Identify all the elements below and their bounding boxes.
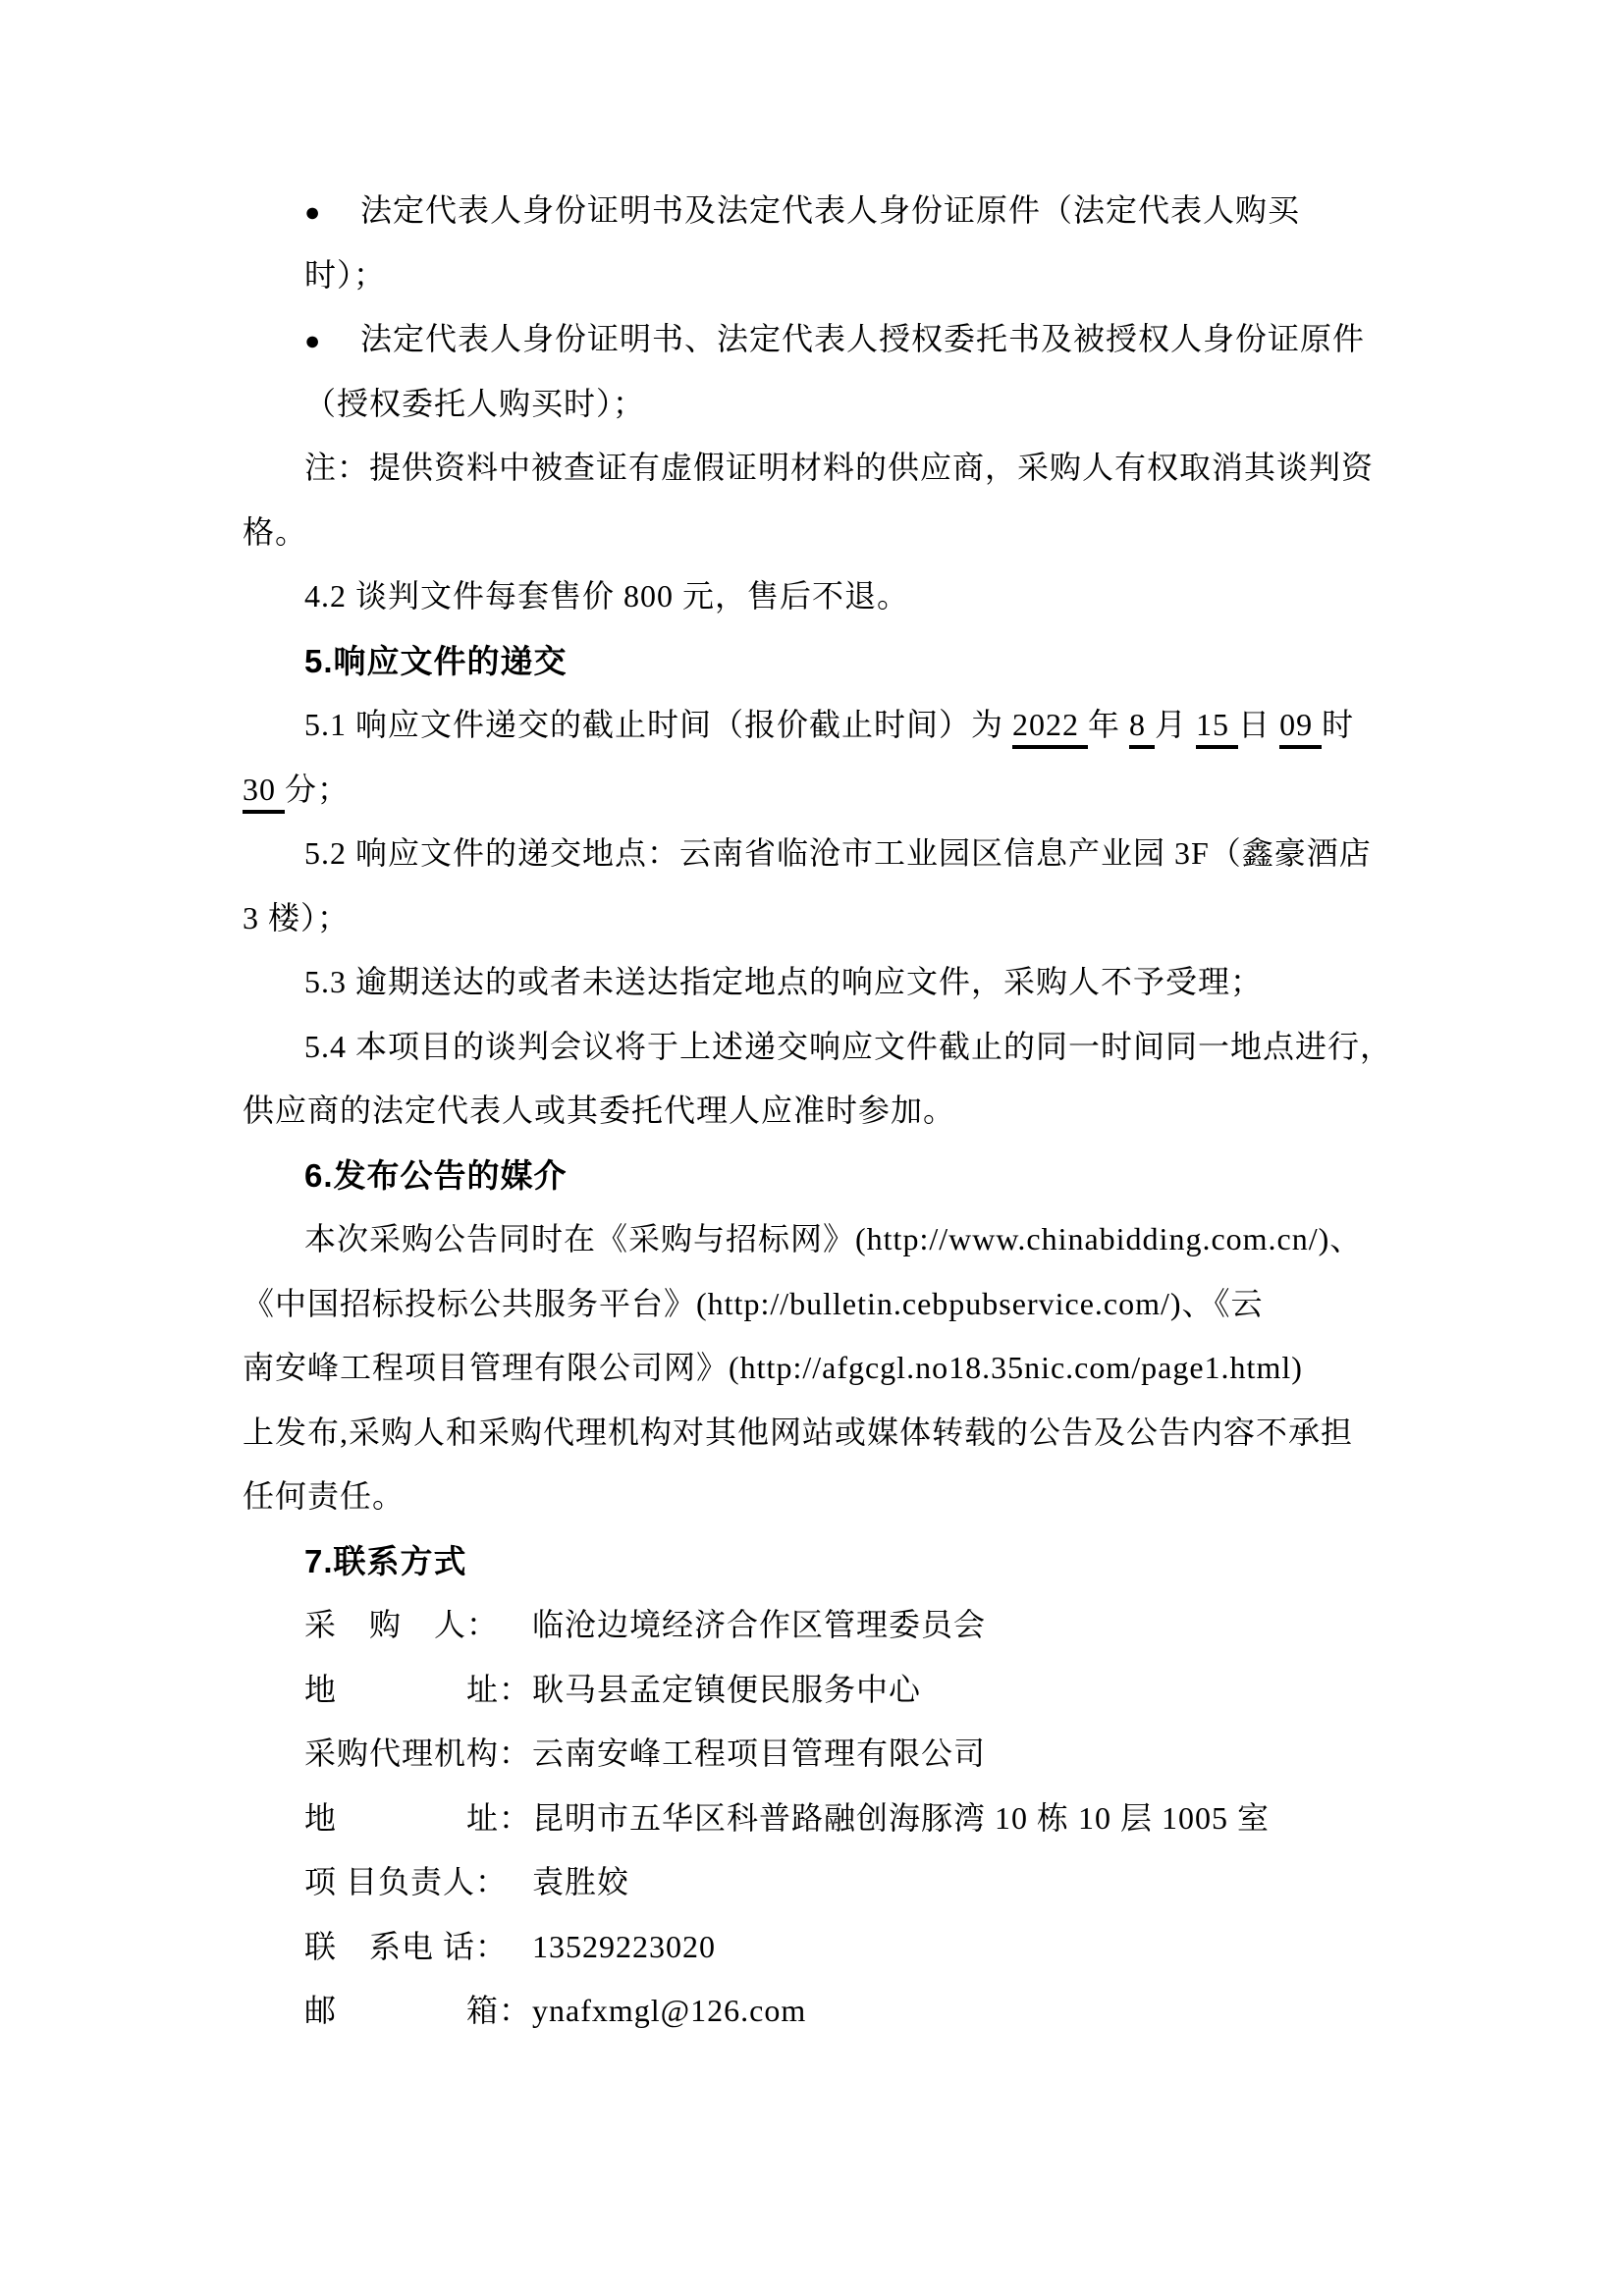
text-segment: 任何责任。 <box>243 1478 405 1514</box>
contact-label: 项 目负责人： <box>304 1850 532 1915</box>
contact-value: 袁胜姣 <box>532 1864 629 1899</box>
contact-line: 联 系电 话：13529223020 <box>0 1915 1624 1980</box>
underlined-value: 30 <box>243 772 285 814</box>
text-line: 5.2 响应文件的递交地点：云南省临沧市工业园区信息产业园 3F（鑫豪酒店 <box>0 822 1624 886</box>
text-segment: 6.发布公告的媒介 <box>304 1157 568 1194</box>
text-segment: （授权委托人购买时）； <box>304 386 645 421</box>
text-line: 上发布,采购人和采购代理机构对其他网站或媒体转载的公告及公告内容不承担 <box>0 1401 1624 1466</box>
text-segment: 月 <box>1155 707 1196 742</box>
text-line: 注：提供资料中被查证有虚假证明材料的供应商，采购人有权取消其谈判资 <box>0 436 1624 501</box>
text-segment: 格。 <box>243 514 307 550</box>
text-segment: 分； <box>285 772 350 807</box>
contact-label: 采购代理机构： <box>304 1722 532 1787</box>
contact-label: 联 系电 话： <box>304 1915 532 1980</box>
document-page: ●法定代表人身份证明书及法定代表人身份证原件（法定代表人购买时）；●法定代表人身… <box>0 0 1624 2296</box>
section-heading: 7.联系方式 <box>0 1529 1624 1594</box>
text-segment: 日 <box>1238 707 1279 742</box>
contact-value: 昆明市五华区科普路融创海豚湾 10 栋 10 层 1005 室 <box>532 1800 1270 1836</box>
contact-line: 地 址：耿马县孟定镇便民服务中心 <box>0 1658 1624 1723</box>
bullet-line: ●法定代表人身份证明书及法定代表人身份证原件（法定代表人购买 <box>0 179 1624 243</box>
contact-line: 采 购 人：临沧边境经济合作区管理委员会 <box>0 1593 1624 1658</box>
text-line: 4.2 谈判文件每套售价 800 元，售后不退。 <box>0 564 1624 629</box>
contact-value: 临沧边境经济合作区管理委员会 <box>532 1607 986 1642</box>
text-segment: 5.4 本项目的谈判会议将于上述递交响应文件截止的同一时间同一地点进行， <box>304 1029 1392 1064</box>
text-segment: 时）； <box>304 257 386 293</box>
text-line: 南安峰工程项目管理有限公司网》(http://afgcgl.no18.35nic… <box>0 1336 1624 1401</box>
text-segment: 供应商的法定代表人或其委托代理人应准时参加。 <box>243 1093 955 1128</box>
text-segment: 时 <box>1322 707 1354 742</box>
underlined-value: 2022 <box>1012 707 1088 749</box>
text-line: 本次采购公告同时在《采购与招标网》(http://www.chinabiddin… <box>0 1207 1624 1272</box>
text-segment: 法定代表人身份证明书、法定代表人授权委托书及被授权人身份证原件 <box>360 321 1365 356</box>
underlined-value: 09 <box>1279 707 1322 749</box>
text-segment: 南安峰工程项目管理有限公司网》(http://afgcgl.no18.35nic… <box>243 1350 1303 1385</box>
text-segment: 5.1 响应文件递交的截止时间（报价截止时间）为 <box>304 707 1012 742</box>
text-segment: 4.2 谈判文件每套售价 800 元，售后不退。 <box>304 578 909 614</box>
text-line: 《中国招标投标公共服务平台》(http://bulletin.cebpubser… <box>0 1272 1624 1337</box>
section-heading: 6.发布公告的媒介 <box>0 1144 1624 1208</box>
underlined-value: 8 <box>1129 707 1155 749</box>
text-line: 30 分； <box>0 758 1624 823</box>
text-line: 供应商的法定代表人或其委托代理人应准时参加。 <box>0 1079 1624 1144</box>
contact-line: 邮 箱：ynafxmgl@126.com <box>0 1979 1624 2044</box>
text-line: 任何责任。 <box>0 1465 1624 1529</box>
contact-label: 地 址： <box>304 1658 532 1723</box>
bullet-line: ●法定代表人身份证明书、法定代表人授权委托书及被授权人身份证原件 <box>0 307 1624 372</box>
text-line: 时）； <box>0 243 1624 308</box>
text-segment: 上发布,采购人和采购代理机构对其他网站或媒体转载的公告及公告内容不承担 <box>243 1415 1353 1450</box>
contact-value: 13529223020 <box>532 1929 716 1964</box>
contact-line: 项 目负责人：袁胜姣 <box>0 1850 1624 1915</box>
underlined-value: 15 <box>1196 707 1238 749</box>
text-line: 3 楼）； <box>0 886 1624 951</box>
contact-line: 地 址：昆明市五华区科普路融创海豚湾 10 栋 10 层 1005 室 <box>0 1787 1624 1851</box>
document-body: ●法定代表人身份证明书及法定代表人身份证原件（法定代表人购买时）；●法定代表人身… <box>0 179 1624 2044</box>
text-segment: 3 楼）； <box>243 900 350 935</box>
text-line: 5.3 逾期送达的或者未送达指定地点的响应文件，采购人不予受理； <box>0 950 1624 1015</box>
contact-label: 邮 箱： <box>304 1979 532 2044</box>
text-segment: 注：提供资料中被查证有虚假证明材料的供应商，采购人有权取消其谈判资 <box>304 450 1374 485</box>
text-segment: 5.响应文件的递交 <box>304 643 568 679</box>
contact-value: 耿马县孟定镇便民服务中心 <box>532 1672 921 1707</box>
text-segment: 年 <box>1088 707 1129 742</box>
text-line: 格。 <box>0 501 1624 565</box>
contact-value: ynafxmgl@126.com <box>532 1993 806 2028</box>
text-segment: 本次采购公告同时在《采购与招标网》(http://www.chinabiddin… <box>304 1221 1362 1256</box>
contact-label: 地 址： <box>304 1787 532 1851</box>
contact-label: 采 购 人： <box>304 1593 532 1658</box>
contact-value: 云南安峰工程项目管理有限公司 <box>532 1735 986 1771</box>
text-segment: 5.2 响应文件的递交地点：云南省临沧市工业园区信息产业园 3F（鑫豪酒店 <box>304 835 1372 871</box>
text-segment: 7.联系方式 <box>304 1543 467 1579</box>
section-heading: 5.响应文件的递交 <box>0 629 1624 694</box>
bullet-icon: ● <box>304 181 360 245</box>
contact-line: 采购代理机构：云南安峰工程项目管理有限公司 <box>0 1722 1624 1787</box>
text-segment: 法定代表人身份证明书及法定代表人身份证原件（法定代表人购买 <box>360 192 1300 228</box>
text-line: 5.1 响应文件递交的截止时间（报价截止时间）为 2022 年 8 月 15 日… <box>0 693 1624 758</box>
bullet-icon: ● <box>304 309 360 374</box>
text-line: （授权委托人购买时）； <box>0 372 1624 437</box>
text-segment: 《中国招标投标公共服务平台》(http://bulletin.cebpubser… <box>243 1286 1264 1321</box>
text-line: 5.4 本项目的谈判会议将于上述递交响应文件截止的同一时间同一地点进行， <box>0 1015 1624 1080</box>
text-segment: 5.3 逾期送达的或者未送达指定地点的响应文件，采购人不予受理； <box>304 964 1263 999</box>
